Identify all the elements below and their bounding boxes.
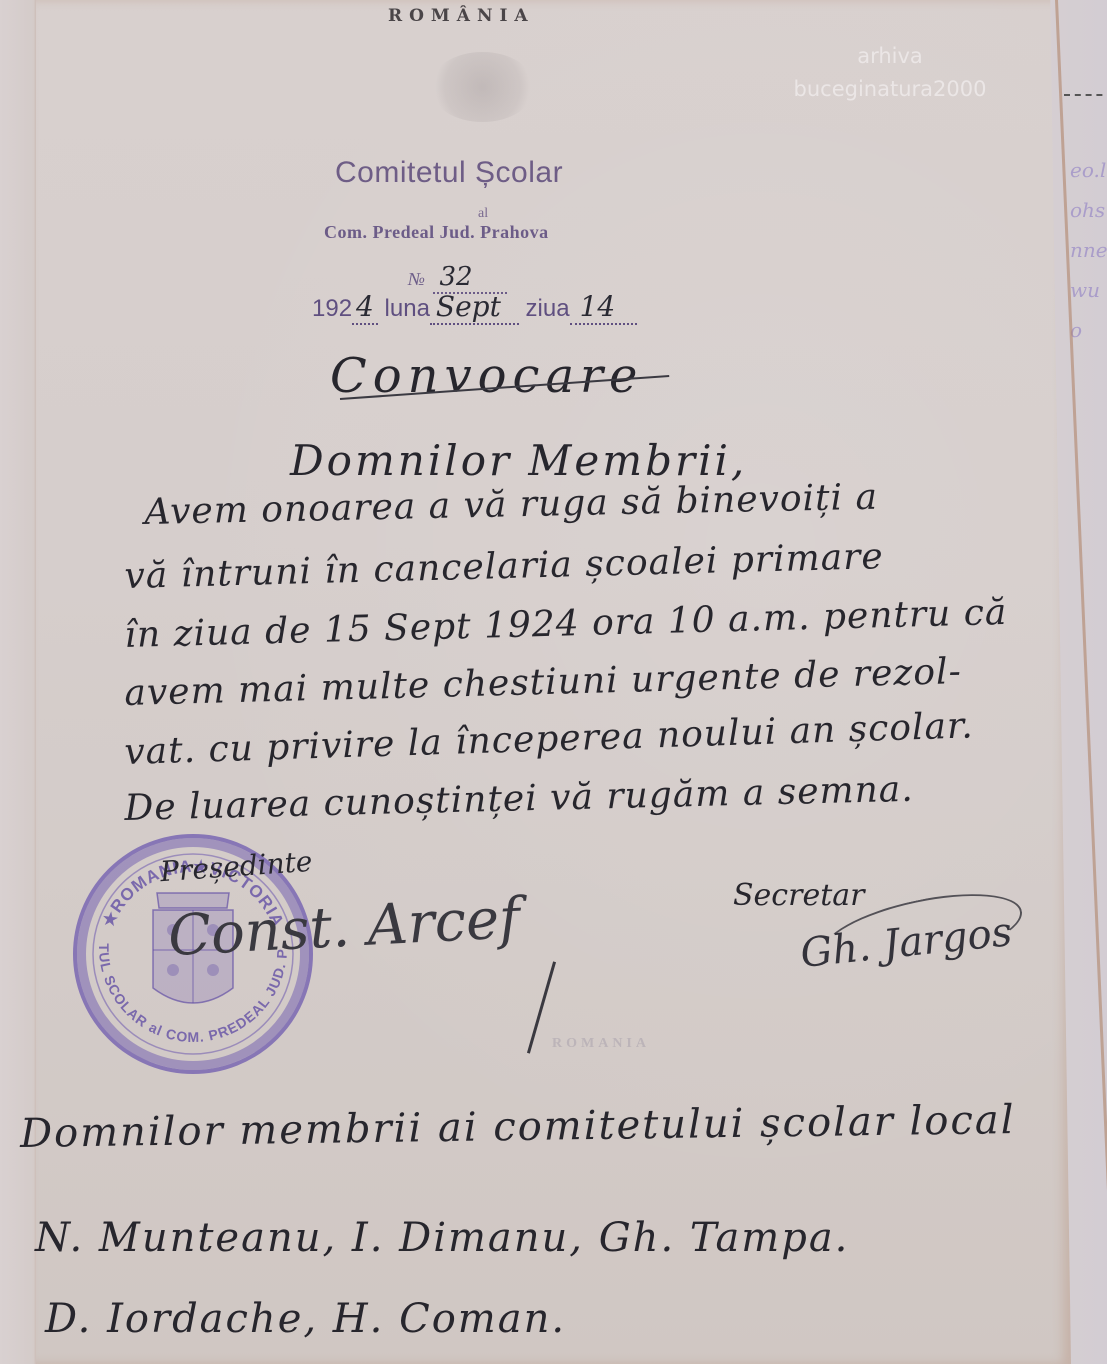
faint-underlying-script: eo.lohsnnewuo [1070, 150, 1107, 350]
stamp-commune-subtitle: Com. Predeal Jud. Prahova [324, 222, 549, 243]
month-label: luna [385, 295, 430, 322]
dashed-line [1064, 94, 1107, 96]
registry-number-line: № 32 [408, 262, 507, 292]
day-value: 14 [570, 290, 638, 325]
stamp-al: al [478, 206, 488, 222]
member-names-line-2: D. Iordache, H. Coman. [45, 1296, 566, 1342]
date-line: 1924 lunaSept ziua14 [312, 290, 637, 323]
show-through-text: ROMANIA [552, 1036, 650, 1052]
stamp-committee-title: Comitetul Școlar [335, 156, 563, 190]
year-prefix: 192 [312, 295, 352, 322]
year-digit: 4 [352, 290, 378, 325]
member-names-line-1: N. Munteanu, I. Dimanu, Gh. Tampa. [35, 1215, 849, 1261]
salutation: Domnilor Membrii, [290, 436, 747, 485]
archive-watermark: arhiva buceginatura2000 [770, 40, 1010, 106]
dry-seal-emboss [430, 52, 535, 122]
month-value: Sept [430, 290, 519, 325]
left-folded-page [0, 0, 42, 1364]
registry-label: № [408, 269, 425, 289]
country-heading: ROMÂNIA [388, 6, 535, 26]
watermark-line-1: arhiva [770, 40, 1010, 73]
day-label: ziua [526, 295, 570, 322]
watermark-line-2: buceginatura2000 [770, 73, 1010, 106]
secretary-label: Secretar [733, 878, 864, 913]
